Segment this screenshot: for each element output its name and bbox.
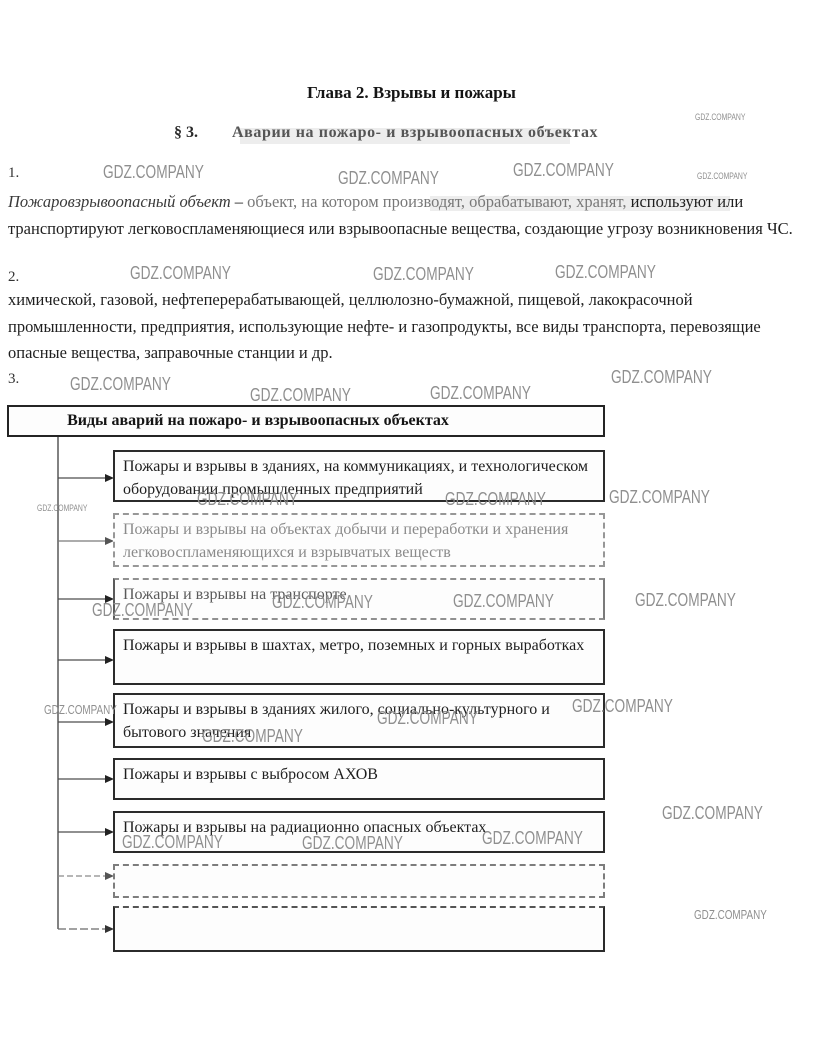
diagram-box-residential: Пожары и взрывы в зданиях жилого, социал… [113, 693, 605, 748]
definition-term: Пожаровзрывоопасный объект [8, 192, 231, 211]
watermark: GDZ.COMPANY [373, 264, 474, 285]
watermark: GDZ.COMPANY [37, 503, 87, 513]
watermark: GDZ.COMPANY [197, 489, 298, 510]
watermark: GDZ.COMPANY [662, 803, 763, 824]
watermark: GDZ.COMPANY [377, 708, 478, 729]
section-number: § 3. [174, 124, 198, 142]
paragraph-objects-list: химической, газовой, нефтеперерабатывающ… [8, 287, 806, 367]
watermark: GDZ.COMPANY [103, 162, 204, 183]
watermark: GDZ.COMPANY [555, 262, 656, 283]
item-number-3: 3. [8, 371, 19, 388]
watermark: GDZ.COMPANY [694, 907, 767, 922]
watermark: GDZ.COMPANY [250, 385, 351, 406]
diagram-header: Виды аварий на пожаро- и взрывоопасных о… [7, 405, 605, 437]
chapter-title: Глава 2. Взрывы и пожары [0, 83, 823, 103]
scanned-document-page: Глава 2. Взрывы и пожары § 3. Аварии на … [0, 0, 823, 1062]
watermark: GDZ.COMPANY [130, 263, 231, 284]
diagram-box-empty-1 [113, 864, 605, 898]
diagram-box-empty-2 [113, 906, 605, 952]
watermark: GDZ.COMPANY [202, 726, 303, 747]
section-title: Аварии на пожаро- и взрывоопасных объект… [232, 124, 598, 142]
watermark: GDZ.COMPANY [513, 160, 614, 181]
watermark: GDZ.COMPANY [430, 383, 531, 404]
watermark: GDZ.COMPANY [635, 590, 736, 611]
diagram-box-extraction-storage: Пожары и взрывы на объектах добычи и пер… [113, 513, 605, 567]
watermark: GDZ.COMPANY [697, 171, 747, 181]
watermark: GDZ.COMPANY [302, 833, 403, 854]
watermark: GDZ.COMPANY [92, 600, 193, 621]
watermark: GDZ.COMPANY [122, 832, 223, 853]
watermark: GDZ.COMPANY [44, 702, 117, 717]
watermark: GDZ.COMPANY [272, 592, 373, 613]
watermark: GDZ.COMPANY [70, 374, 171, 395]
watermark: GDZ.COMPANY [572, 696, 673, 717]
watermark: GDZ.COMPANY [611, 367, 712, 388]
watermark: GDZ.COMPANY [453, 591, 554, 612]
diagram-box-ahov: Пожары и взрывы с выбросом АХОВ [113, 758, 605, 800]
item-number-2: 2. [8, 269, 19, 286]
definition-separator: – [231, 192, 248, 211]
watermark: GDZ.COMPANY [695, 112, 745, 122]
paragraph-definition: Пожаровзрывоопасный объект – объект, на … [8, 189, 806, 242]
definition-faded-segment: объект, на котором производят, обрабатыв… [247, 192, 626, 211]
item-number-1: 1. [8, 165, 19, 182]
diagram-box-mines-metro: Пожары и взрывы в шахтах, метро, поземны… [113, 629, 605, 685]
watermark: GDZ.COMPANY [482, 828, 583, 849]
watermark: GDZ.COMPANY [609, 487, 710, 508]
watermark: GDZ.COMPANY [445, 489, 546, 510]
watermark: GDZ.COMPANY [338, 168, 439, 189]
